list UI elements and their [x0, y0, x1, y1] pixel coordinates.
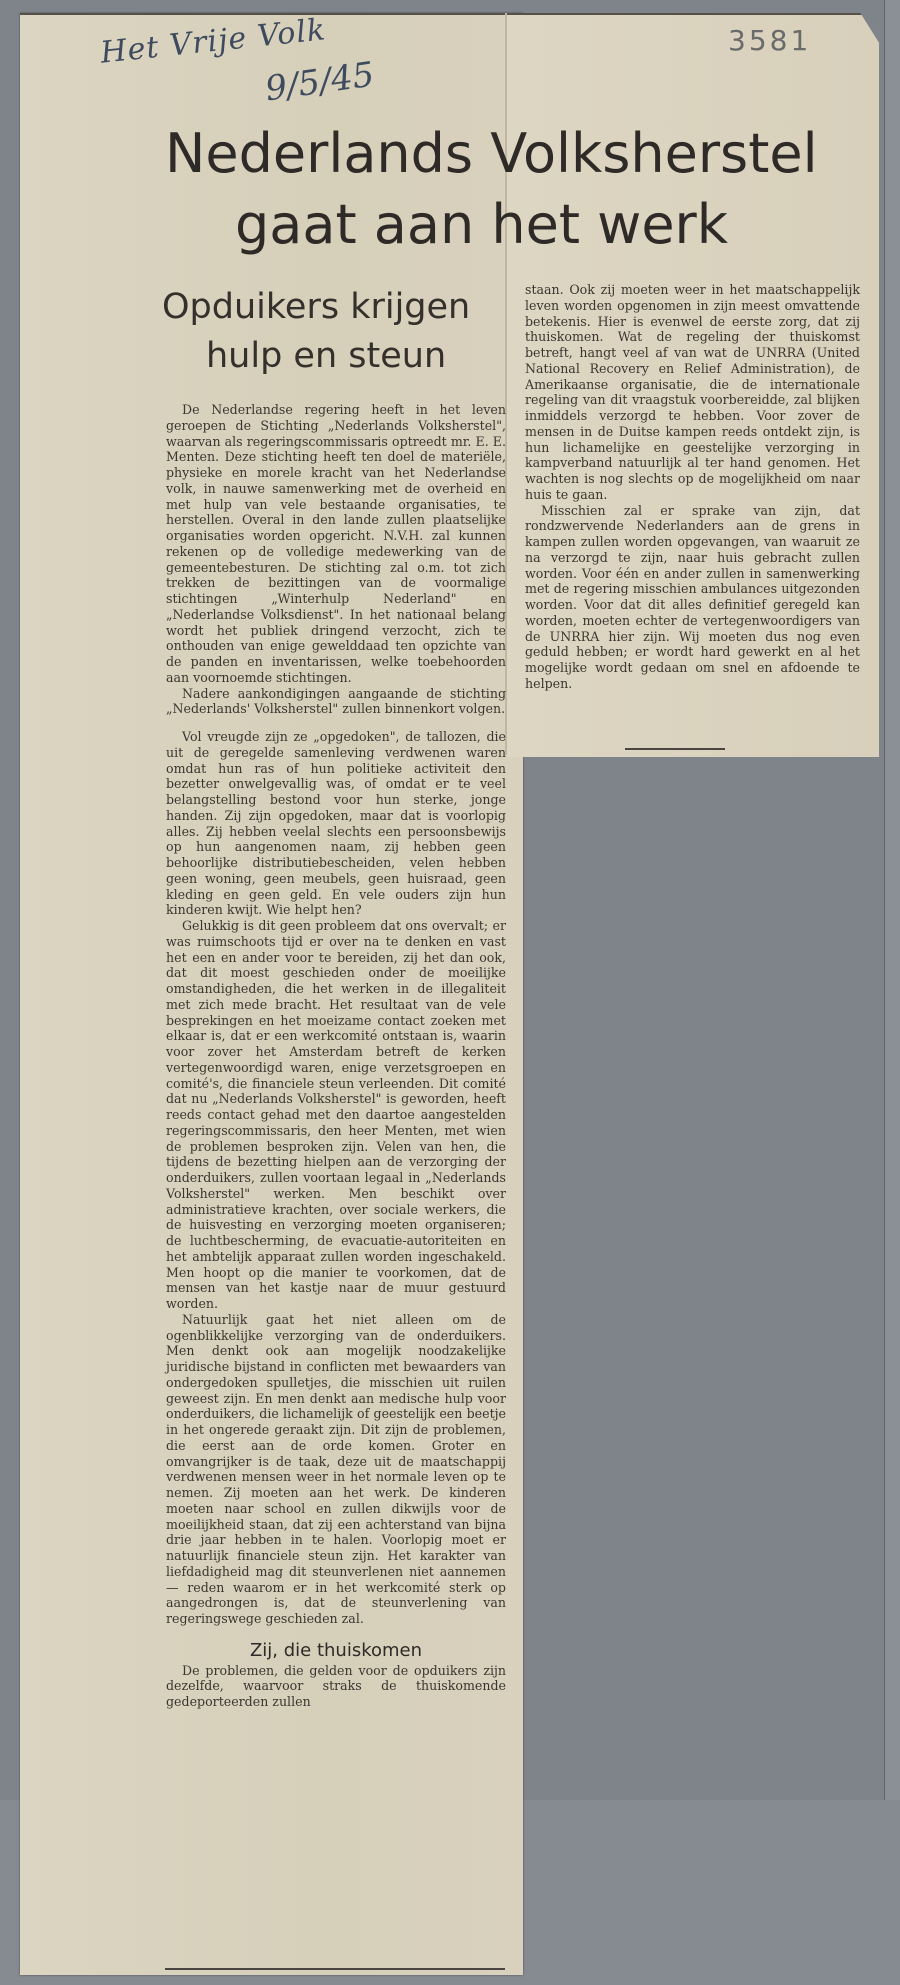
paragraph: Misschien zal er sprake van zijn, dat ro…: [525, 503, 860, 692]
paragraph: Vol vreugde zijn ze „opgedoken", de tall…: [166, 729, 506, 918]
headline-line-1: Nederlands Volksherstel: [165, 122, 818, 185]
paragraph: Natuurlijk gaat het niet alleen om de og…: [166, 1312, 506, 1627]
paragraph: De Nederlandse regering heeft in het lev…: [166, 402, 506, 686]
paragraph: Gelukkig is dit geen probleem dat ons ov…: [166, 918, 506, 1312]
article-left-column: De Nederlandse regering heeft in het lev…: [166, 402, 506, 1710]
paragraph: De problemen, die gelden voor de opduike…: [166, 1663, 506, 1710]
archive-number: 3581: [728, 24, 811, 57]
paragraph: Nadere aankondigingen aangaande de stich…: [166, 686, 506, 718]
section-heading: Zij, die thuiskomen: [166, 1643, 506, 1659]
article-end-rule: [625, 748, 725, 750]
column-end-rule: [165, 1968, 505, 1970]
paragraph: staan. Ook zij moeten weer in het maatsc…: [525, 282, 860, 503]
subheadline-line-1: Opduikers krijgen: [162, 287, 470, 327]
article-right-column: staan. Ook zij moeten weer in het maatsc…: [525, 282, 860, 692]
subheadline-line-2: hulp en steun: [206, 336, 446, 376]
background-mount-edge: [884, 0, 900, 1985]
headline-line-2: gaat aan het werk: [235, 193, 728, 256]
